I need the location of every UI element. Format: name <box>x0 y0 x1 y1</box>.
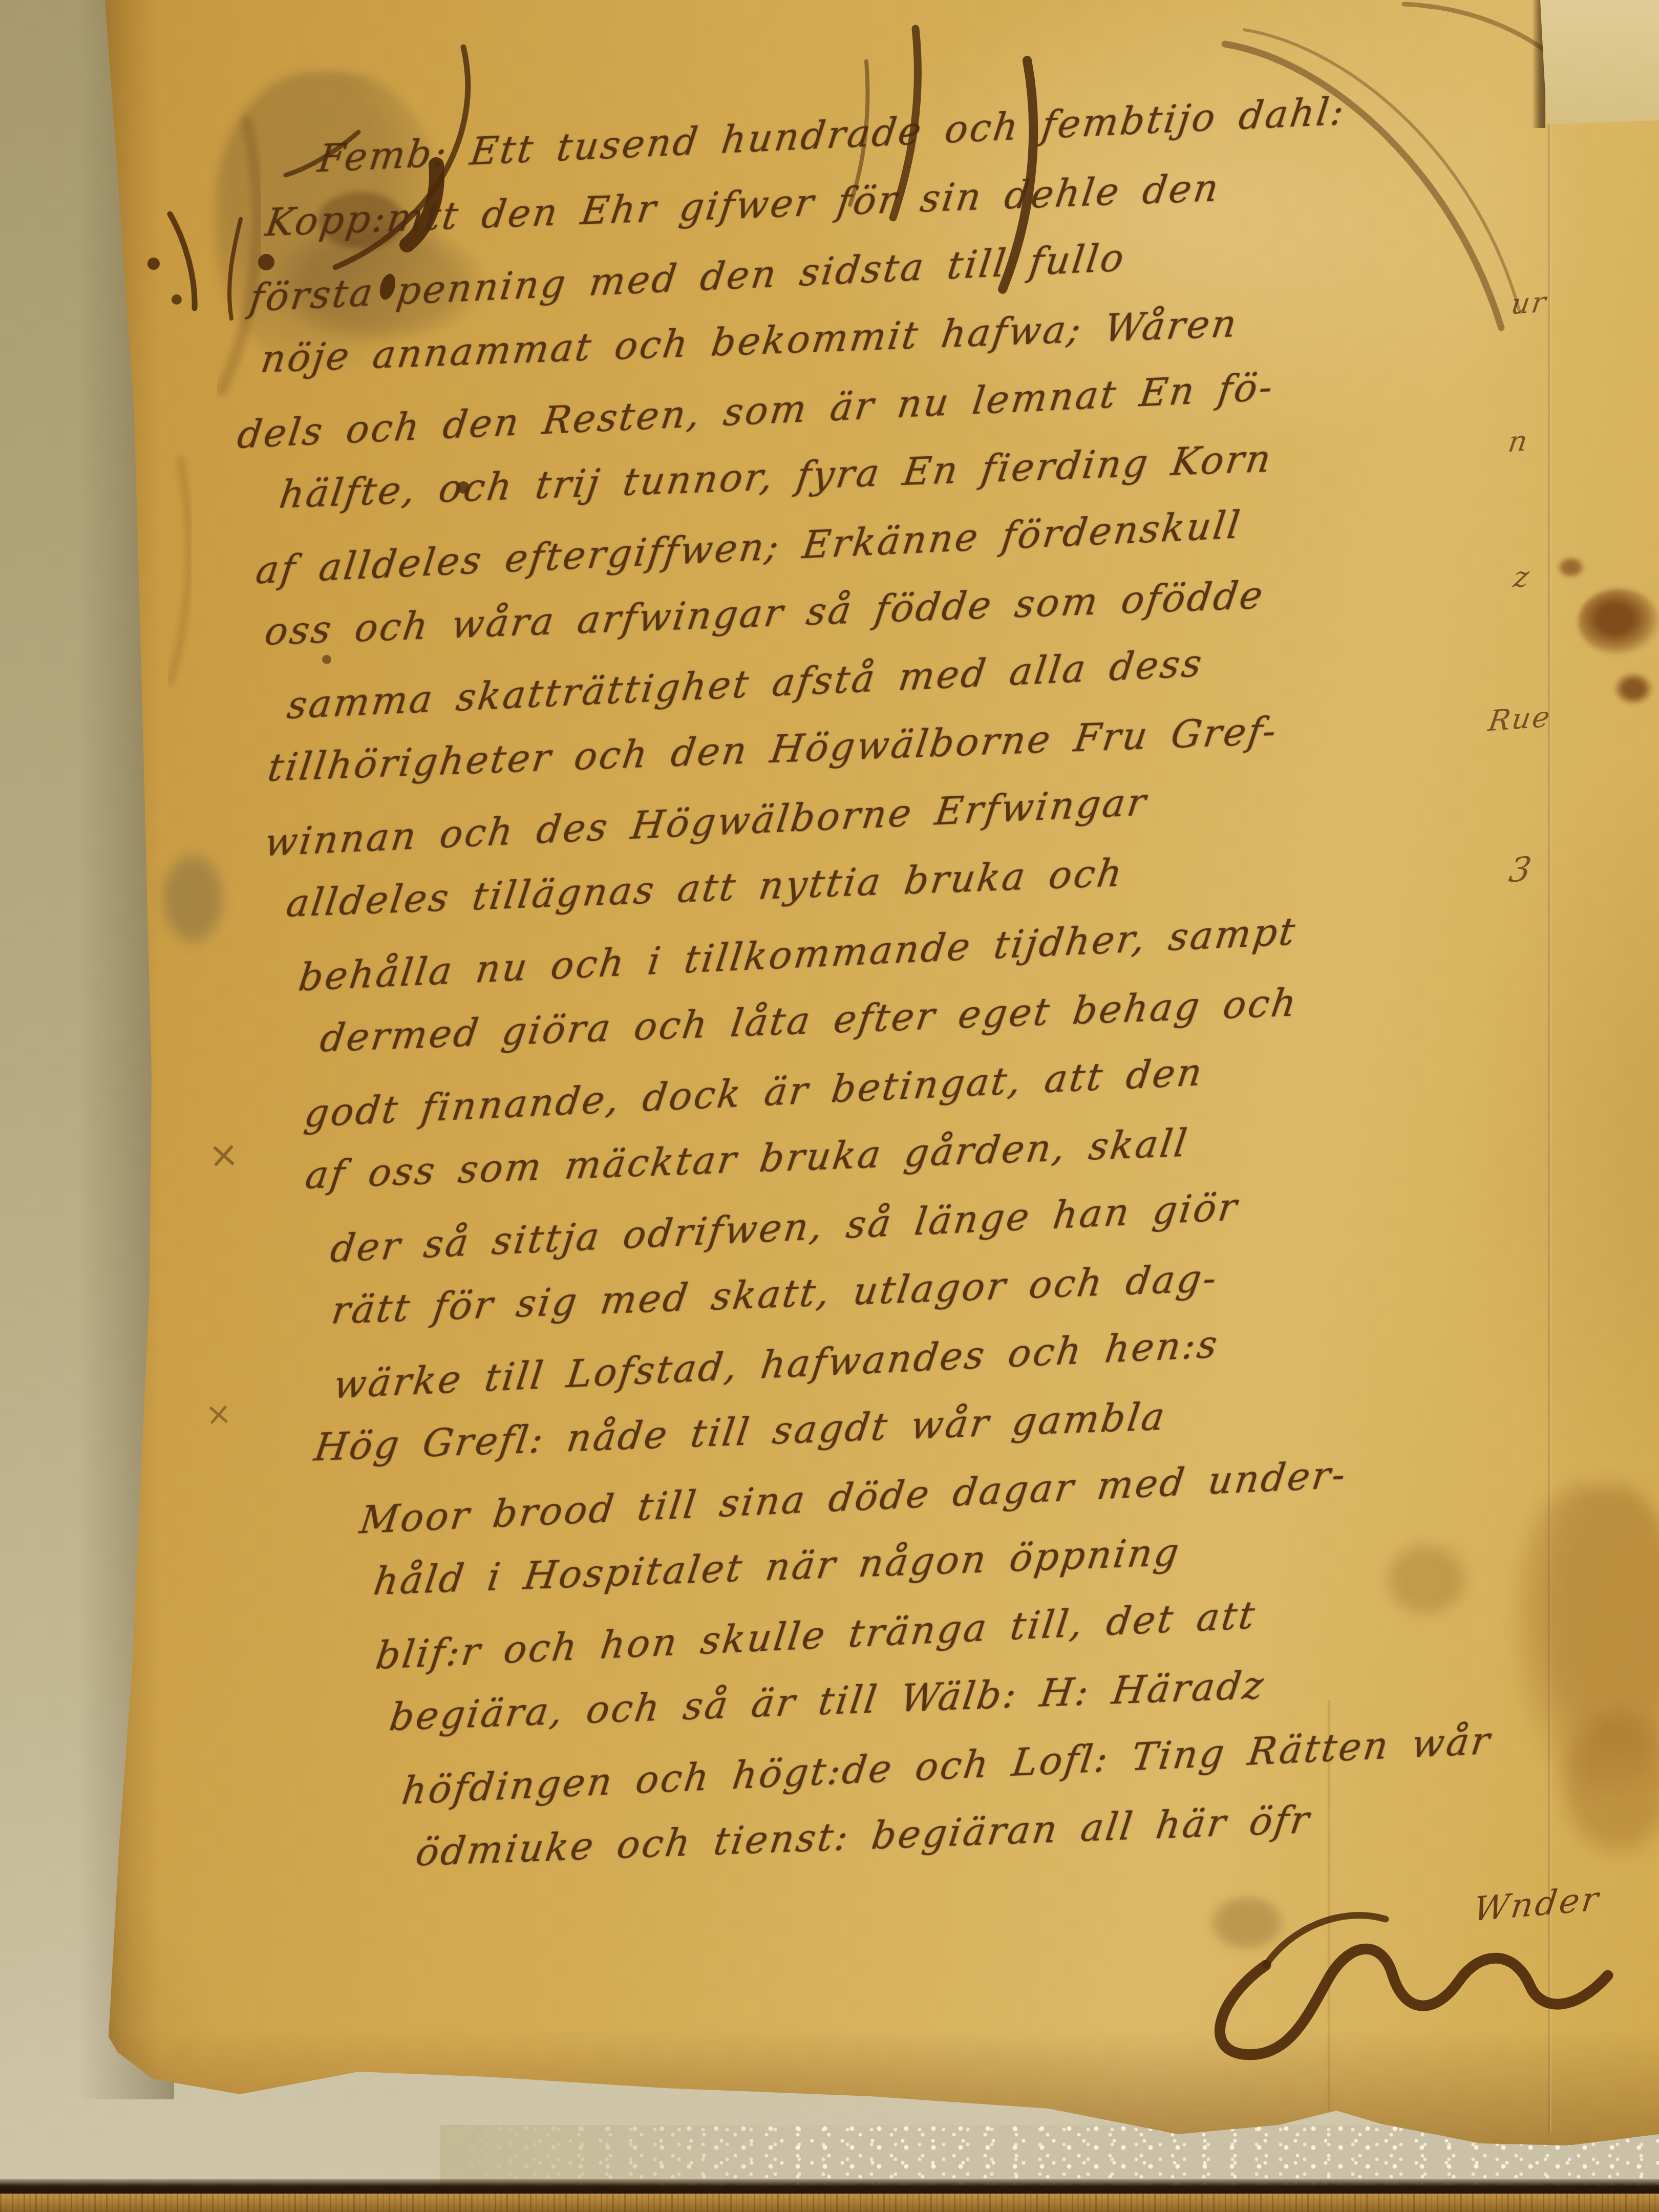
table-edge-shadow <box>0 2179 1659 2195</box>
underlying-page-corner <box>1539 0 1659 127</box>
ink-blot <box>147 258 160 270</box>
manuscript-paper: Femb: Ett tusend hundrade och fembtijo d… <box>0 0 1659 2212</box>
signature-paraph <box>1266 1915 1386 1965</box>
foam-strip-fade <box>440 2125 799 2185</box>
edge-text-fragment: Rue <box>1486 700 1554 738</box>
edge-text-fragment: ur <box>1509 286 1549 322</box>
signature-paraph <box>1220 1949 1608 2055</box>
wood-table <box>0 2194 1659 2212</box>
manuscript-text-block: Femb: Ett tusend hundrade och fembtijo d… <box>154 68 1659 1898</box>
photo-of-manuscript: Femb: Ett tusend hundrade och fembtijo d… <box>0 0 1659 2212</box>
